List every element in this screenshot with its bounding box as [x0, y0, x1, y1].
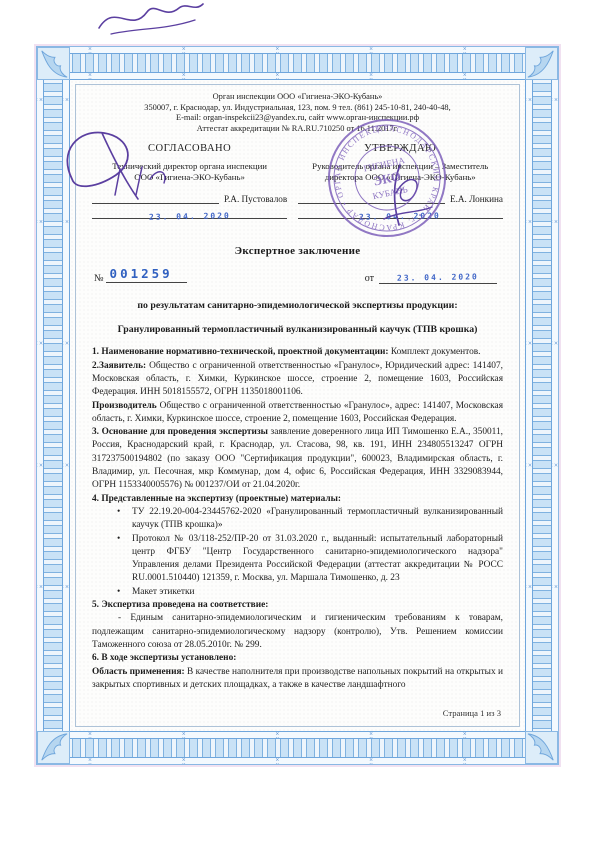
right-signature-row: Е.А. Лонкина: [298, 192, 504, 204]
org-contacts: E-mail: organ-inspekcii23@yandex.ru, сай…: [92, 113, 503, 124]
border-strip-top: [70, 47, 525, 80]
number-stamp-value: 001259: [106, 266, 187, 283]
left-signer-name: Р.А. Пустовалов: [224, 194, 287, 204]
approval-right: УТВЕРЖДАЮ Руководитель органа инспекции …: [298, 143, 504, 219]
section-4-heading: 4. Представленные на экспертизу (проектн…: [92, 494, 341, 504]
application-area: Область применения: В качестве наполните…: [92, 666, 503, 693]
date-stamp-value: 23. 04. 2020: [397, 273, 479, 283]
border-strip-right: [525, 80, 558, 731]
number-date-row: № 001259 от 23. 04. 2020: [94, 267, 497, 284]
producer-heading: Производитель: [92, 401, 157, 411]
document-number: № 001259: [94, 267, 187, 284]
section-2-text: Общество с ограниченной ответственностью…: [92, 361, 503, 398]
list-item: Протокол № 03/118-252/ПР-20 от 31.03.202…: [132, 533, 503, 586]
document-title: Экспертное заключение: [92, 245, 503, 257]
right-date-row: 23. 04. 2020: [298, 206, 504, 219]
page-number: Страница 1 из 3: [92, 708, 503, 718]
product-name: Гранулированный термопластичный вулканиз…: [92, 324, 503, 335]
signature-line: [92, 192, 219, 204]
right-date-stamp: 23. 04. 2020: [359, 212, 441, 222]
org-accreditation: Аттестат аккредитации № RA.RU.710250 от …: [92, 124, 503, 135]
section-3: 3. Основание для проведения экспертизы з…: [92, 426, 503, 492]
approval-block: СОГЛАСОВАНО Технический директор органа …: [92, 143, 503, 219]
certificate-paper: Орган инспекции ООО «Гигиена-ЭКО-Кубань»…: [70, 80, 525, 731]
section-1-heading: 1. Наименование нормативно-технической, …: [92, 347, 389, 357]
left-role-line2: ООО «Гигиена-ЭКО-Кубань»: [92, 172, 287, 183]
org-name: Орган инспекции ООО «Гигиена-ЭКО-Кубань»: [92, 92, 503, 103]
approval-left: СОГЛАСОВАНО Технический директор органа …: [92, 143, 287, 219]
section-5: 5. Экспертиза проведена на соответствие:: [92, 599, 503, 612]
certificate-border: Орган инспекции ООО «Гигиена-ЭКО-Кубань»…: [36, 46, 559, 765]
section-2: 2.Заявитель: Общество с ограниченной отв…: [92, 360, 503, 400]
document-date: от 23. 04. 2020: [365, 272, 497, 284]
section-1-text: Комплект документов.: [389, 347, 481, 357]
org-address: 350007, г. Краснодар, ул. Индустриальная…: [92, 103, 503, 114]
signature-line: [298, 192, 445, 204]
left-role-line1: Технический директор органа инспекции: [92, 161, 287, 172]
border-strip-bottom: [70, 731, 525, 764]
border-strip-left: [37, 80, 70, 731]
date-label: от: [365, 273, 374, 284]
corner-ornament-icon: [525, 47, 558, 80]
section-5-text: - Единым санитарно-эпидемиологическим и …: [92, 612, 503, 652]
list-item: Макет этикетки: [132, 586, 503, 599]
left-date-stamp: 23. 04. 2020: [149, 212, 231, 222]
document-subtitle: по результатам санитарно-эпидемиологичес…: [92, 300, 503, 311]
corner-ornament-icon: [525, 731, 558, 764]
corner-ornament-icon: [37, 47, 70, 80]
document-body: 1. Наименование нормативно-технической, …: [92, 346, 503, 692]
section-3-heading: 3. Основание для проведения экспертизы: [92, 427, 268, 437]
right-role-line1: Руководитель органа инспекции – Заместит…: [298, 161, 504, 172]
left-signature-row: Р.А. Пустовалов: [92, 192, 287, 204]
approved-label: УТВЕРЖДАЮ: [298, 143, 504, 154]
number-label: №: [94, 273, 104, 284]
corner-ornament-icon: [37, 731, 70, 764]
date-line: 23. 04. 2020: [379, 272, 497, 284]
left-date-row: 23. 04. 2020: [92, 206, 287, 219]
section-2-heading: 2.Заявитель:: [92, 361, 146, 371]
materials-list: ТУ 22.19.20-004-23445762-2020 «Гранулиро…: [92, 506, 503, 599]
right-signer-name: Е.А. Лонкина: [450, 194, 503, 204]
list-item: ТУ 22.19.20-004-23445762-2020 «Гранулиро…: [132, 506, 503, 533]
section-2-producer: Производитель Общество с ограниченной от…: [92, 400, 503, 427]
top-signature-scribble-icon: [95, 0, 207, 40]
right-role-line2: директора ООО «Гигиена-ЭКО-Кубань»: [298, 172, 504, 183]
section-6-heading: 6. В ходе экспертизы установлено:: [92, 653, 236, 663]
content-frame: Орган инспекции ООО «Гигиена-ЭКО-Кубань»…: [75, 84, 520, 727]
section-5-heading: 5. Экспертиза проведена на соответствие:: [92, 600, 268, 610]
application-area-heading: Область применения:: [92, 667, 185, 677]
agreed-label: СОГЛАСОВАНО: [92, 143, 287, 154]
section-6: 6. В ходе экспертизы установлено:: [92, 652, 503, 665]
organization-header: Орган инспекции ООО «Гигиена-ЭКО-Кубань»…: [92, 92, 503, 134]
section-1: 1. Наименование нормативно-технической, …: [92, 346, 503, 359]
section-4: 4. Представленные на экспертизу (проектн…: [92, 493, 503, 506]
